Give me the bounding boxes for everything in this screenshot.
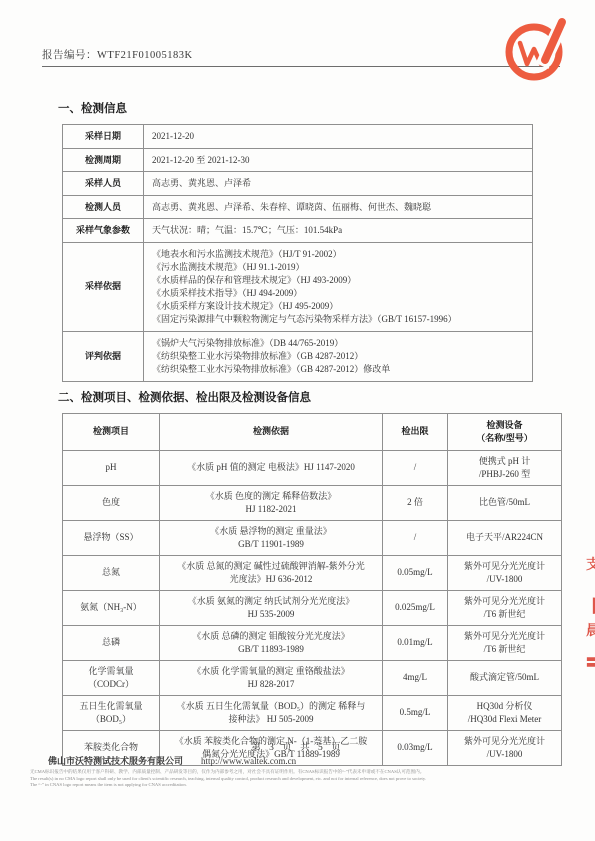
device-line: /UV-1800: [454, 573, 555, 586]
device-line: /T6 新世纪: [454, 643, 555, 656]
table-row: 总氮 《水质 总氮的测定 碱性过硫酸钾消解-紫外分光 光度法》HJ 636-20…: [63, 555, 562, 590]
row-label: 评判依据: [63, 331, 144, 381]
device-cell: HQ30d 分析仪 /HQ30d Flexi Meter: [448, 695, 562, 730]
table-row: 色度 《水质 色度的测定 稀释倍数法》 HJ 1182-2021 2 倍 比色管…: [63, 485, 562, 520]
seal-glyph: 晨: [586, 620, 595, 640]
basis-line: 《地表水和污水监测技术规范》（HJ/T 91-2002）: [152, 248, 524, 261]
table-row: 五日生化需氧量 （BOD₅） 《水质 五日生化需氧量（BOD₅）的测定 稀释与 …: [63, 695, 562, 730]
table-row: 总磷 《水质 总磷的测定 钼酸铵分光光度法》 GB/T 11893-1989 0…: [63, 625, 562, 660]
method-line: 《水质 化学需氧量的测定 重铬酸盐法》: [166, 665, 376, 678]
section1-title: 一、检测信息: [58, 100, 533, 116]
row-label: 采样气象参数: [63, 219, 144, 243]
seal-glyph: 支: [586, 554, 595, 574]
device-line: HQ30d 分析仪: [454, 700, 555, 713]
method-line: HJ 1182-2021: [166, 503, 376, 516]
limit-cell: 0.025mg/L: [383, 590, 448, 625]
method-cell: 《水质 化学需氧量的测定 重铬酸盐法》 HJ 828-2017: [160, 660, 383, 695]
device-cell: 紫外可见分光光度计 /T6 新世纪: [448, 625, 562, 660]
limit-cell: 0.05mg/L: [383, 555, 448, 590]
items-table: 检测项目 检测依据 检出限 检测设备 （名称/型号） pH 《水质 pH 值的测…: [62, 413, 562, 766]
item-line: 总氮: [69, 566, 153, 579]
device-line: 紫外可见分光光度计: [454, 630, 555, 643]
seal-glyph: 〓: [586, 654, 595, 670]
device-cell: 紫外可见分光光度计 /UV-1800: [448, 555, 562, 590]
item-cell: 悬浮物（SS）: [63, 520, 160, 555]
waltek-logo-icon: [504, 14, 572, 84]
device-line: 酸式滴定管/50mL: [454, 671, 555, 684]
method-line: HJ 828-2017: [166, 678, 376, 691]
company-website: http://www.waltek.com.cn: [201, 756, 296, 766]
item-line: 总磷: [69, 636, 153, 649]
basis-line: 《纺织染整工业水污染物排放标准》（GB 4287-2012）: [152, 350, 524, 363]
report-body: 一、检测信息 采样日期 2021-12-20 检测周期 2021-12-20 至…: [62, 100, 533, 773]
row-label: 检测周期: [63, 148, 144, 172]
device-line: 紫外可见分光光度计: [454, 560, 555, 573]
row-label: 采样日期: [63, 125, 144, 149]
item-line: 五日生化需氧量: [69, 700, 153, 713]
method-line: 《水质 色度的测定 稀释倍数法》: [166, 490, 376, 503]
item-cell: 色度: [63, 485, 160, 520]
limit-cell: /: [383, 450, 448, 485]
method-line: 《水质 悬浮物的测定 重量法》: [166, 525, 376, 538]
col-header-limit: 检出限: [383, 413, 448, 450]
table-row: 悬浮物（SS） 《水质 悬浮物的测定 重量法》 GB/T 11901-1989 …: [63, 520, 562, 555]
method-cell: 《水质 悬浮物的测定 重量法》 GB/T 11901-1989: [160, 520, 383, 555]
limit-cell: /: [383, 520, 448, 555]
item-line: 氨氮（NH₃-N）: [69, 601, 153, 614]
basis-line: 《污水监测技术规范》（HJ 91.1-2019）: [152, 261, 524, 274]
table-row: 采样日期 2021-12-20: [63, 125, 533, 149]
limit-cell: 2 倍: [383, 485, 448, 520]
item-line: 悬浮物（SS）: [69, 531, 153, 544]
method-line: 《水质 pH 值的测定 电极法》HJ 1147-2020: [166, 461, 376, 474]
method-cell: 《水质 pH 值的测定 电极法》HJ 1147-2020: [160, 450, 383, 485]
table-row: 检测周期 2021-12-20 至 2021-12-30: [63, 148, 533, 172]
table-row: 氨氮（NH₃-N） 《水质 氨氮的测定 纳氏试剂分光光度法》 HJ 535-20…: [63, 590, 562, 625]
method-line: GB/T 11901-1989: [166, 538, 376, 551]
basis-line: 《锅炉大气污染物排放标准》（DB 44/765-2019）: [152, 337, 524, 350]
header-row: 检测项目 检测依据 检出限 检测设备 （名称/型号）: [63, 413, 562, 450]
company-name: 佛山市沃特测试技术服务有限公司: [48, 756, 183, 766]
item-line: 化学需氧量: [69, 665, 153, 678]
section2-title: 二、检测项目、检测依据、检出限及检测设备信息: [58, 389, 533, 405]
item-line: 色度: [69, 496, 153, 509]
col-header-device: 检测设备 （名称/型号）: [448, 413, 562, 450]
table-row: pH 《水质 pH 值的测定 电极法》HJ 1147-2020 / 便携式 pH…: [63, 450, 562, 485]
method-cell: 《水质 总氮的测定 碱性过硫酸钾消解-紫外分光 光度法》HJ 636-2012: [160, 555, 383, 590]
limit-cell: 4mg/L: [383, 660, 448, 695]
item-cell: 化学需氧量 （CODCr）: [63, 660, 160, 695]
disclaimer-line: The “-” in CNAS logo report means the it…: [30, 782, 570, 789]
seal-glyph: 丨: [581, 592, 595, 617]
device-line: 电子天平/AR224CN: [454, 531, 555, 544]
device-cell: 便携式 pH 计 /PHBJ-260 型: [448, 450, 562, 485]
row-value: 天气状况：晴；气温：15.7℃；气压：101.54kPa: [144, 219, 533, 243]
method-line: 接种法》 HJ 505-2009: [166, 713, 376, 726]
device-line: /T6 新世纪: [454, 608, 555, 621]
report-page: 报告编号：WTF21F01005183K 一、检测信息 采样日期 2021-12…: [0, 0, 595, 841]
sampling-basis-row: 采样依据 《地表水和污水监测技术规范》（HJ/T 91-2002） 《污水监测技…: [63, 242, 533, 331]
device-line: /HQ30d Flexi Meter: [454, 713, 555, 726]
report-number-label: 报告编号：: [42, 49, 97, 61]
method-cell: 《水质 五日生化需氧量（BOD₅）的测定 稀释与 接种法》 HJ 505-200…: [160, 695, 383, 730]
device-cell: 比色管/50mL: [448, 485, 562, 520]
method-line: 《水质 总氮的测定 碱性过硫酸钾消解-紫外分光: [166, 560, 376, 573]
method-cell: 《水质 色度的测定 稀释倍数法》 HJ 1182-2021: [160, 485, 383, 520]
method-line: 光度法》HJ 636-2012: [166, 573, 376, 586]
red-seal-fragment: 支 丨 晨 〓: [580, 552, 595, 677]
device-line: 紫外可见分光光度计: [454, 595, 555, 608]
table-row: 化学需氧量 （CODCr） 《水质 化学需氧量的测定 重铬酸盐法》 HJ 828…: [63, 660, 562, 695]
limit-cell: 0.5mg/L: [383, 695, 448, 730]
judge-basis-row: 评判依据 《锅炉大气污染物排放标准》（DB 44/765-2019） 《纺织染整…: [63, 331, 533, 381]
device-cell: 紫外可见分光光度计 /T6 新世纪: [448, 590, 562, 625]
basis-line: 《纺织染整工业水污染物排放标准》（GB 4287-2012）修改单: [152, 363, 524, 376]
row-value: 高志勇、黄兆恩、卢泽希、朱春梓、谭晓茵、伍丽梅、何世杰、魏晓聪: [144, 195, 533, 219]
row-value: 2021-12-20 至 2021-12-30: [144, 148, 533, 172]
device-line: 便携式 pH 计: [454, 455, 555, 468]
row-value: 《锅炉大气污染物排放标准》（DB 44/765-2019） 《纺织染整工业水污染…: [144, 331, 533, 381]
method-cell: 《水质 总磷的测定 钼酸铵分光光度法》 GB/T 11893-1989: [160, 625, 383, 660]
row-value: 高志勇、黄兆恩、卢泽希: [144, 172, 533, 196]
item-line: （BOD₅）: [69, 713, 153, 726]
method-cell: 《水质 氨氮的测定 纳氏试剂分光光度法》 HJ 535-2009: [160, 590, 383, 625]
info-table: 采样日期 2021-12-20 检测周期 2021-12-20 至 2021-1…: [62, 124, 533, 382]
col-header-item: 检测项目: [63, 413, 160, 450]
basis-line: 《水质采样方案设计技术规定》（HJ 495-2009）: [152, 300, 524, 313]
item-cell: 总氮: [63, 555, 160, 590]
basis-line: 《水质样品的保存和管理技术规定》（HJ 493-2009）: [152, 274, 524, 287]
method-line: HJ 535-2009: [166, 608, 376, 621]
item-cell: 氨氮（NH₃-N）: [63, 590, 160, 625]
device-line: 比色管/50mL: [454, 496, 555, 509]
device-cell: 酸式滴定管/50mL: [448, 660, 562, 695]
device-line: /PHBJ-260 型: [454, 468, 555, 481]
col-header-device-line: （名称/型号）: [452, 432, 557, 445]
table-row: 检测人员 高志勇、黄兆恩、卢泽希、朱春梓、谭晓茵、伍丽梅、何世杰、魏晓聪: [63, 195, 533, 219]
item-cell: 五日生化需氧量 （BOD₅）: [63, 695, 160, 730]
method-line: GB/T 11893-1989: [166, 643, 376, 656]
disclaimer-line: The result(s) in no CMA logo report shal…: [30, 776, 570, 783]
method-line: 《水质 氨氮的测定 纳氏试剂分光光度法》: [166, 595, 376, 608]
item-line: pH: [69, 461, 153, 474]
item-line: （CODCr）: [69, 678, 153, 691]
report-number: 报告编号：WTF21F01005183K: [42, 47, 193, 62]
limit-cell: 0.01mg/L: [383, 625, 448, 660]
row-label: 采样人员: [63, 172, 144, 196]
method-line: 《水质 总磷的测定 钼酸铵分光光度法》: [166, 630, 376, 643]
report-number-value: WTF21F01005183K: [97, 50, 193, 61]
row-value: 2021-12-20: [144, 125, 533, 149]
header-divider: [42, 66, 560, 67]
table-row: 采样气象参数 天气状况：晴；气温：15.7℃；气压：101.54kPa: [63, 219, 533, 243]
row-label: 检测人员: [63, 195, 144, 219]
row-value: 《地表水和污水监测技术规范》（HJ/T 91-2002） 《污水监测技术规范》（…: [144, 242, 533, 331]
method-line: 《水质 五日生化需氧量（BOD₅）的测定 稀释与: [166, 700, 376, 713]
footer-disclaimers: 无CMA标识报告中的结果仅用于客户科研、教学、内部质量控制、产品研发等目的，仅作…: [30, 769, 570, 789]
col-header-device-line: 检测设备: [452, 419, 557, 432]
device-cell: 电子天平/AR224CN: [448, 520, 562, 555]
table-row: 采样人员 高志勇、黄兆恩、卢泽希: [63, 172, 533, 196]
item-cell: pH: [63, 450, 160, 485]
disclaimer-line: 无CMA标识报告中的结果仅用于客户科研、教学、内部质量控制、产品研发等目的，仅作…: [30, 769, 570, 776]
basis-line: 《水质采样技术指导》（HJ 494-2009）: [152, 287, 524, 300]
item-cell: 总磷: [63, 625, 160, 660]
page-indicator: 第 3 页 共 5 页: [0, 739, 595, 753]
col-header-method: 检测依据: [160, 413, 383, 450]
basis-line: 《固定污染源排气中颗粒物测定与气态污染物采样方法》（GB/T 16157-199…: [152, 313, 524, 326]
row-label: 采样依据: [63, 242, 144, 331]
company-line: 佛山市沃特测试技术服务有限公司http://www.waltek.com.cn: [48, 754, 296, 767]
